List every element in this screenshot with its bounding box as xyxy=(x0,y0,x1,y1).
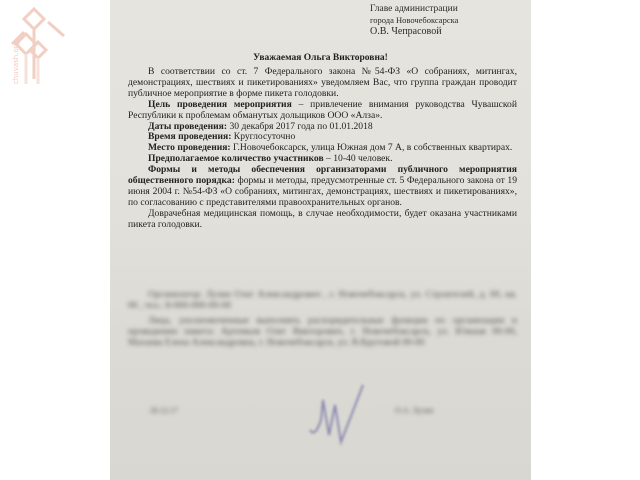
persons-paragraph-blurred: Лица, уполномоченные выполнять распоряди… xyxy=(128,316,517,349)
dates-label: Даты проведения: xyxy=(148,121,227,132)
greeting: Уважаемая Ольга Викторовна! xyxy=(110,53,531,63)
goal-label: Цель проведения мероприятия xyxy=(148,99,292,110)
participants-label: Предполагаемое количество участников xyxy=(148,153,324,164)
addressee-line: Главе администрации xyxy=(370,4,458,15)
order-paragraph: Формы и методы обеспечения организаторам… xyxy=(128,165,517,209)
addressee-line: города Новочебоксарска xyxy=(370,15,458,26)
letter-body: В соответствии со ст. 7 Федерального зак… xyxy=(128,67,517,231)
goal-paragraph: Цель проведения мероприятия – привлечени… xyxy=(128,100,517,122)
addressee-line: О.В. Чепрасовой xyxy=(370,26,458,37)
time-text: Круглосуточно xyxy=(231,131,295,142)
participants-text: – 10-40 человек. xyxy=(324,153,393,164)
dates-text: 30 декабря 2017 года по 01.01.2018 xyxy=(227,121,373,132)
watermark-text: chuvash.org xyxy=(12,41,20,84)
time-label: Время проведения: xyxy=(148,131,231,142)
place-label: Место проведения: xyxy=(148,142,231,153)
signature-icon xyxy=(305,380,375,450)
redacted-block: Организатор: Лузин Олег Александрович , … xyxy=(128,290,517,353)
signature-date: 26.12.17 xyxy=(150,406,178,415)
intro-paragraph: В соответствии со ст. 7 Федерального зак… xyxy=(128,67,517,100)
place-text: Г.Новочебоксарск, улица Южная дом 7 А, в… xyxy=(231,142,513,153)
addressee-block: Главе администрации города Новочебоксарс… xyxy=(370,4,458,37)
medical-paragraph: Доврачебная медицинская помощь, в случае… xyxy=(128,209,517,231)
signatory-name: О.А. Лузин xyxy=(395,406,434,415)
document-page: Главе администрации города Новочебоксарс… xyxy=(110,0,531,480)
organizer-paragraph-blurred: Организатор: Лузин Олег Александрович , … xyxy=(128,290,517,312)
